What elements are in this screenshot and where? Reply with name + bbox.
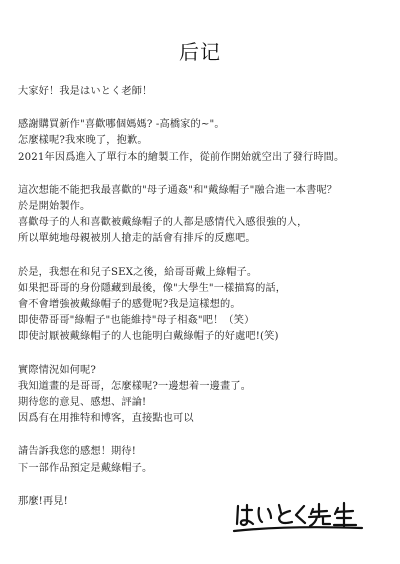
- text-line: 因爲有在用推特和博客，直接點也可以: [18, 411, 388, 427]
- text-line: 所以單純地母親被別人搶走的話會有排斥的反應吧。: [18, 231, 388, 247]
- text-line: 請告訴我您的感想！期待!: [18, 444, 388, 460]
- text-line: 這次想能不能把我最喜歡的"母子通姦"和"戴綠帽子"融合進一本書呢？: [18, 183, 388, 199]
- text-line: 喜歡母子的人和喜歡被戴綠帽子的人都是感情代入感很強的人，: [18, 215, 388, 231]
- text-line: 期待您的意見、感想、評論!: [18, 395, 388, 411]
- paragraph-concept: 這次想能不能把我最喜歡的"母子通姦"和"戴綠帽子"融合進一本書呢？ 於是開始製作…: [18, 183, 388, 248]
- text-line: 即使討厭被戴綠帽子的人也能明白戴綠帽子的好處吧!(笑): [18, 329, 388, 345]
- signature-glyphs-icon: [232, 500, 367, 534]
- text-line: 即使帶哥哥"綠帽子"也能維持"母子相姦"吧！（笑）: [18, 313, 388, 329]
- paragraph-plot: 於是，我想在和兒子SEX之後，給哥哥戴上綠帽子。 如果把哥哥的身份隱藏到最後，像…: [18, 265, 388, 346]
- text-line: 於是，我想在和兒子SEX之後，給哥哥戴上綠帽子。: [18, 265, 388, 281]
- paragraph-greeting: 大家好！我是はいとく老師！: [18, 84, 388, 100]
- text-line: 我知道畫的是哥哥，怎麼樣呢?一邊想着一邊畫了。: [18, 379, 388, 395]
- text-line: 實際情況如何呢?: [18, 363, 388, 379]
- text-line: 大家好！我是はいとく老師！: [18, 84, 388, 100]
- handwritten-signature: はいとく先生: [232, 500, 367, 534]
- afterword-page: 后记 大家好！我是はいとく老師！ 感謝購買新作"喜歡哪個媽媽? -高橋家的~"。…: [0, 0, 400, 564]
- afterword-body: 大家好！我是はいとく老師！ 感謝購買新作"喜歡哪個媽媽? -高橋家的~"。 怎麼…: [18, 84, 388, 527]
- text-line: 下一部作品預定是戴綠帽子。: [18, 461, 388, 477]
- text-line: 如果把哥哥的身份隱藏到最後，像"大學生"一樣描寫的話，: [18, 281, 388, 297]
- text-line: 感謝購買新作"喜歡哪個媽媽? -高橋家的~"。: [18, 117, 388, 133]
- text-line: 會不會增強被戴綠帽子的感覺呢?我是這樣想的。: [18, 297, 388, 313]
- paragraph-feedback: 實際情況如何呢? 我知道畫的是哥哥，怎麼樣呢?一邊想着一邊畫了。 期待您的意見、…: [18, 363, 388, 428]
- paragraph-thanks: 感謝購買新作"喜歡哪個媽媽? -高橋家的~"。 怎麼樣呢?我來晚了，抱歉。 20…: [18, 117, 388, 166]
- text-line: 於是開始製作。: [18, 199, 388, 215]
- text-line: 怎麼樣呢?我來晚了，抱歉。: [18, 133, 388, 149]
- paragraph-next-work: 請告訴我您的感想！期待! 下一部作品預定是戴綠帽子。: [18, 444, 388, 476]
- page-title: 后记: [0, 36, 400, 65]
- text-line: 2021年因爲進入了單行本的繪製工作，從前作開始就空出了發行時間。: [18, 150, 388, 166]
